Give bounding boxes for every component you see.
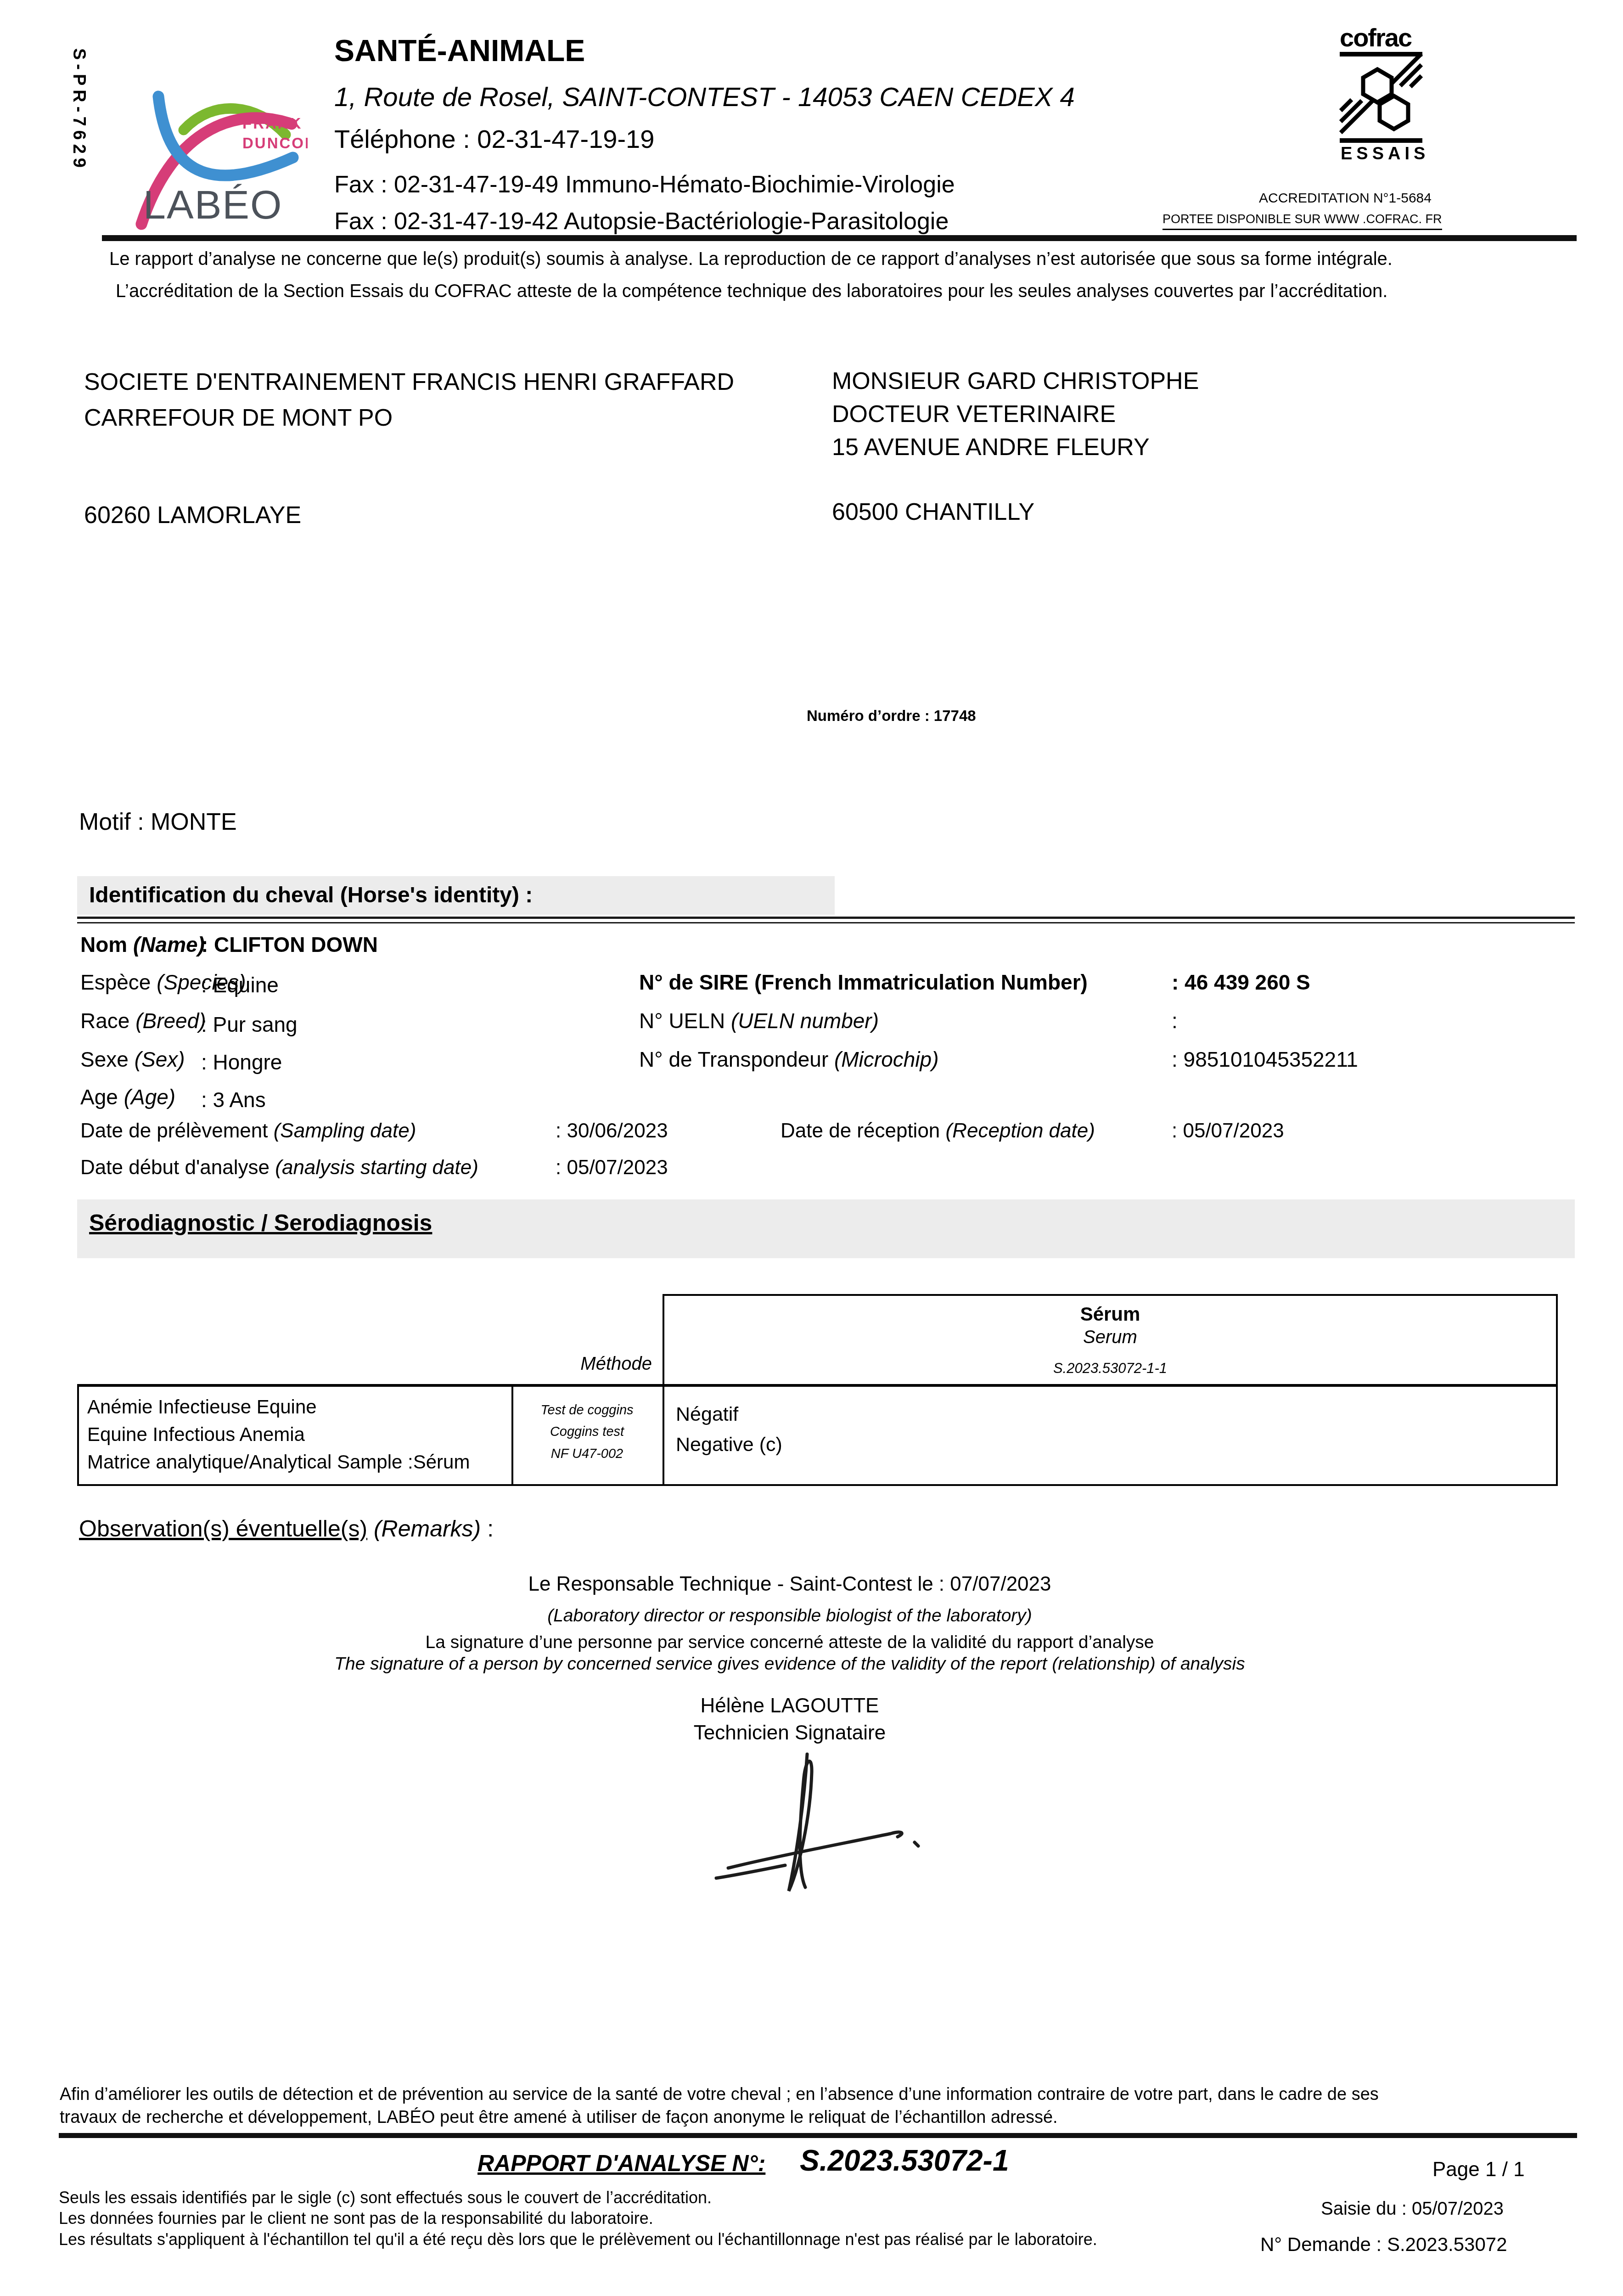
serodiagnosis-section-header: Sérodiagnostic / Serodiagnosis <box>77 1199 1575 1258</box>
field-microchip-value: : 985101045352211 <box>1172 1047 1358 1072</box>
identification-double-rule <box>77 917 1575 923</box>
method-name-fr: Test de coggins <box>511 1403 663 1418</box>
labeo-logo: FRANK DUNCOMBE LABÉO <box>115 73 308 231</box>
table-divider-2 <box>663 1387 664 1484</box>
footer-note-line-1: Afin d’améliorer les outils de détection… <box>60 2085 1379 2105</box>
field-race-label-fr: Race <box>80 1009 129 1033</box>
field-sampling-label-en: (Sampling date) <box>274 1120 416 1142</box>
field-sire-label: N° de SIRE (French Immatriculation Numbe… <box>639 970 1088 995</box>
report-disclaimer-2: L’accréditation de la Section Essais du … <box>116 281 1387 302</box>
remarks-line: Observation(s) éventuelle(s) (Remarks) : <box>79 1515 494 1542</box>
field-sexe-label-fr: Sexe <box>80 1047 129 1071</box>
cofrac-hexagon-2 <box>1380 96 1408 129</box>
sender-street: CARREFOUR DE MONT PO <box>84 404 393 432</box>
field-reception-value: : 05/07/2023 <box>1172 1120 1284 1142</box>
cofrac-essais-text: ESSAIS <box>1341 144 1426 161</box>
addressee-title: DOCTEUR VETERINAIRE <box>832 400 1116 428</box>
field-age-label-fr: Age <box>80 1085 118 1109</box>
cofrac-accreditation-number: ACCREDITATION N°1-5684 <box>1259 191 1432 206</box>
field-nom-label: Nom (Name) <box>80 932 205 957</box>
sample-name-en: Serum <box>663 1327 1558 1348</box>
method-reference: NF U47-002 <box>511 1446 663 1462</box>
lab-phone: Téléphone : 02-31-47-19-19 <box>334 124 654 154</box>
field-ueln-value: : <box>1172 1008 1178 1033</box>
header-divider-rule <box>102 235 1577 241</box>
result-fr: Négatif <box>676 1403 738 1426</box>
field-race-label-en: (Breed) <box>135 1009 206 1033</box>
lab-fax-1: Fax : 02-31-47-19-49 Immuno-Hémato-Bioch… <box>334 171 955 198</box>
field-sampling-label: Date de prélèvement (Sampling date) <box>80 1120 416 1142</box>
footer-divider-rule <box>59 2133 1577 2138</box>
field-race-value: : Pur sang <box>201 1012 298 1037</box>
cofrac-bottom-bar <box>1340 138 1422 143</box>
report-number-value: S.2023.53072-1 <box>800 2144 1009 2178</box>
field-reception-label: Date de réception (Reception date) <box>781 1120 1095 1142</box>
analysis-name-fr: Anémie Infectieuse Equine <box>87 1396 317 1418</box>
lab-address: 1, Route de Rosel, SAINT-CONTEST - 14053… <box>334 82 1075 113</box>
field-analysis-start-label-fr: Date début d'analyse <box>80 1156 270 1179</box>
cofrac-stripe <box>1341 101 1362 122</box>
signature-stroke <box>728 1832 902 1868</box>
cofrac-portee-link: PORTEE DISPONIBLE SUR WWW .COFRAC. FR <box>1162 212 1442 230</box>
order-number: Numéro d’ordre : 17748 <box>807 707 976 725</box>
signatory-role: Technicien Signataire <box>184 1722 1396 1745</box>
lab-report-page: S-PR-7629 FRANK DUNCOMBE LABÉO SANTÉ-ANI… <box>0 0 1623 2296</box>
remarks-label-fr: Observation(s) éventuelle(s) <box>79 1516 367 1542</box>
result-en: Negative (c) <box>676 1434 782 1456</box>
signoff-line-4: The signature of a person by concerned s… <box>184 1654 1396 1674</box>
signoff-line-1: Le Responsable Technique - Saint-Contest… <box>184 1573 1396 1596</box>
signatory-name: Hélène LAGOUTTE <box>184 1694 1396 1717</box>
cofrac-stripe <box>1341 100 1352 111</box>
signoff-line-3: La signature d’une personne par service … <box>184 1632 1396 1653</box>
signature-stroke <box>716 1865 785 1878</box>
field-reception-label-fr: Date de réception <box>781 1120 940 1142</box>
identification-section-header: Identification du cheval (Horse's identi… <box>77 876 835 915</box>
remarks-label-en: (Remarks) <box>374 1516 481 1542</box>
logo-frank-text: FRANK <box>242 115 302 132</box>
field-ueln-label-en: (UELN number) <box>731 1009 879 1033</box>
lab-fax-2: Fax : 02-31-47-19-42 Autopsie-Bactériolo… <box>334 208 949 235</box>
field-race-label: Race (Breed) <box>80 1008 206 1033</box>
signature-image <box>707 1745 927 1910</box>
lab-department-title: SANTÉ-ANIMALE <box>334 33 585 68</box>
field-age-value: : 3 Ans <box>201 1087 266 1112</box>
report-number-label: RAPPORT D'ANALYSE N°: <box>477 2150 765 2177</box>
addressee-street: 15 AVENUE ANDRE FLEURY <box>832 433 1150 461</box>
sender-city: 60260 LAMORLAYE <box>84 501 301 529</box>
sample-name-fr: Sérum <box>663 1303 1558 1325</box>
cofrac-top-bar <box>1340 52 1422 56</box>
logo-duncombe-text: DUNCOMBE <box>242 135 308 152</box>
footer-legal-2: Les données fournies par le client ne so… <box>59 2209 653 2228</box>
field-nom-label-en: (Name) <box>133 933 205 957</box>
addressee-name: MONSIEUR GARD CHRISTOPHE <box>832 367 1199 395</box>
sample-id: S.2023.53072-1-1 <box>663 1360 1558 1377</box>
field-analysis-start-label-en: (analysis starting date) <box>275 1156 478 1179</box>
field-microchip-label-fr: N° de Transpondeur <box>639 1047 828 1071</box>
field-analysis-start-value: : 05/07/2023 <box>556 1156 668 1179</box>
cofrac-wordmark: cofrac <box>1340 25 1412 52</box>
footer-legal-1: Seuls les essais identifiés par le sigle… <box>59 2188 712 2207</box>
cofrac-stripe <box>1410 76 1421 87</box>
table-method-header: Méthode <box>523 1354 652 1374</box>
field-microchip-label: N° de Transpondeur (Microchip) <box>639 1047 938 1072</box>
cofrac-stripe <box>1400 65 1421 86</box>
field-ueln-label-fr: N° UELN <box>639 1009 725 1033</box>
field-sampling-label-fr: Date de prélèvement <box>80 1120 268 1142</box>
signature-stroke <box>915 1842 918 1846</box>
field-analysis-start-label: Date début d'analyse (analysis starting … <box>80 1156 478 1179</box>
analysis-name-en: Equine Infectious Anemia <box>87 1424 305 1446</box>
method-name-en: Coggins test <box>511 1424 663 1440</box>
field-ueln-label: N° UELN (UELN number) <box>639 1008 879 1033</box>
field-sexe-label: Sexe (Sex) <box>80 1047 185 1072</box>
field-sexe-value: : Hongre <box>201 1050 282 1075</box>
report-disclaimer-1: Le rapport d’analyse ne concerne que le(… <box>109 249 1393 270</box>
page-indicator: Page 1 / 1 <box>1432 2158 1525 2181</box>
addressee-city: 60500 CHANTILLY <box>832 498 1034 526</box>
field-microchip-label-en: (Microchip) <box>834 1047 938 1071</box>
footer-legal-3: Les résultats s'appliquent à l'échantill… <box>59 2230 1097 2249</box>
analysis-matrix: Matrice analytique/Analytical Sample :Sé… <box>87 1451 470 1473</box>
field-sexe-label-en: (Sex) <box>135 1047 185 1071</box>
field-sire-label-en: (French Immatriculation Number) <box>754 970 1088 994</box>
field-espece-value: : Equine <box>201 973 279 997</box>
field-nom-label-fr: Nom <box>80 933 127 957</box>
sender-name: SOCIETE D'ENTRAINEMENT FRANCIS HENRI GRA… <box>84 368 734 396</box>
signature-stroke <box>789 1754 812 1891</box>
field-sampling-value: : 30/06/2023 <box>556 1120 668 1142</box>
motif-line: Motif : MONTE <box>79 808 237 836</box>
footer-note-line-2: travaux de recherche et développement, L… <box>60 2108 1058 2127</box>
entry-date: Saisie du : 05/07/2023 <box>1321 2199 1504 2219</box>
request-number: N° Demande : S.2023.53072 <box>1260 2234 1507 2256</box>
field-espece-label-fr: Espèce <box>80 970 151 994</box>
cofrac-logo: cofrac ESSAIS <box>1337 25 1426 161</box>
field-reception-label-en: (Reception date) <box>946 1120 1095 1142</box>
signoff-line-2: (Laboratory director or responsible biol… <box>184 1606 1396 1626</box>
serodiagnosis-section-title: Sérodiagnostic / Serodiagnosis <box>89 1210 432 1236</box>
field-sire-label-fr: N° de SIRE <box>639 970 748 994</box>
document-code-vertical: S-PR-7629 <box>69 48 89 172</box>
field-nom-value: : CLIFTON DOWN <box>201 932 378 957</box>
field-age-label-en: (Age) <box>124 1085 175 1109</box>
logo-labeo-text: LABÉO <box>143 182 282 227</box>
remarks-colon: : <box>481 1516 494 1542</box>
field-sire-value: : 46 439 260 S <box>1172 970 1310 995</box>
field-age-label: Age (Age) <box>80 1085 175 1109</box>
